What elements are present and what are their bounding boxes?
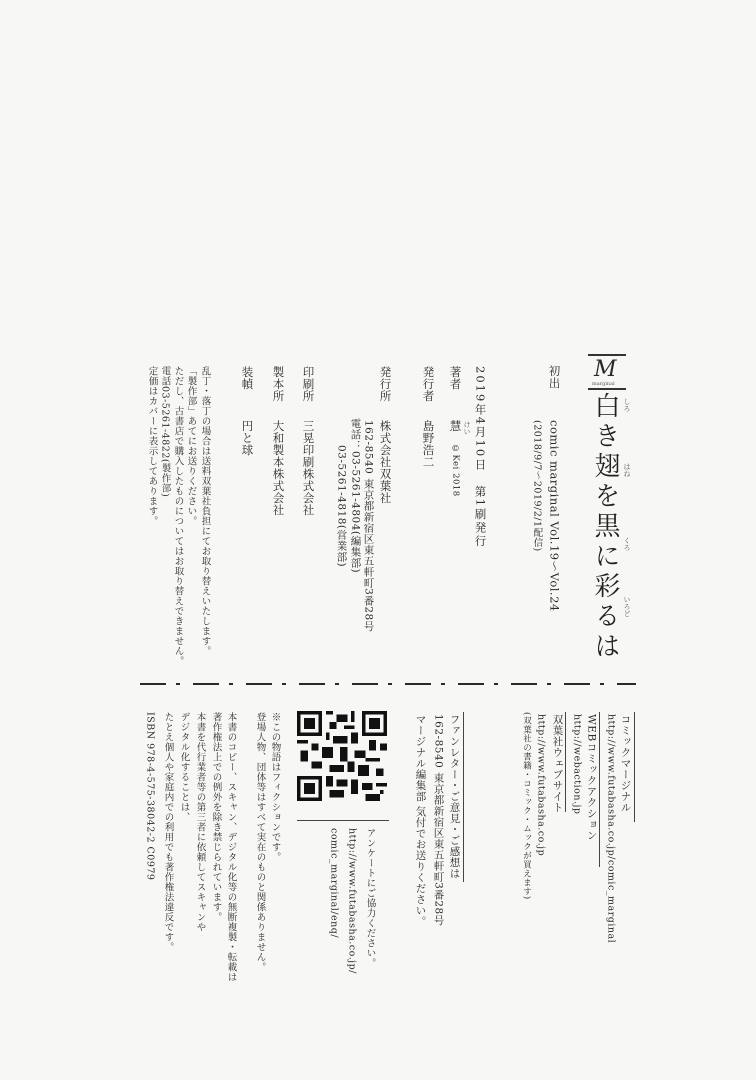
title-ruby-4: いろど — [622, 596, 632, 617]
design-label: 装幀 — [241, 366, 253, 390]
notice-5: 定価はカバーに表示してあります。 — [147, 366, 157, 526]
publisher-name: 株式会社双葉社 — [379, 420, 391, 504]
link-rule-2 — [599, 712, 600, 867]
binder-name: 大和製本株式会社 — [272, 420, 284, 516]
author-copyright: ©Kei 2018 — [451, 444, 460, 497]
link-rule-3 — [565, 712, 566, 812]
publisher-phone-edit: 電話：03-5261-4804(編集部) — [350, 418, 361, 573]
title-ruby-2: はね — [622, 463, 632, 477]
first-published-dates: (2018/9/7～2019/2/1配信) — [532, 420, 542, 552]
author-name: 慧 — [449, 420, 461, 432]
survey-url-1[interactable]: http://www.futabasha.co.jp/ — [347, 828, 357, 974]
binder-label: 製本所 — [272, 366, 284, 402]
copyright-notice-5: たとえ個人や家庭内での利用でも著作権法違反です。 — [163, 712, 173, 952]
first-published-label: 初出 — [548, 365, 560, 389]
comic-marginal-url[interactable]: http://www.futabasha.co.jp/comic_margina… — [606, 714, 616, 943]
notice-3: ただし、古書店で購入したものについてはお取り替えできません。 — [173, 366, 183, 666]
fiction-notice-1: ※この物語はフィクションです。 — [270, 712, 280, 862]
notice-4: 電話03-5261-4822(製作部) — [160, 366, 170, 497]
link-rule-1 — [634, 712, 635, 822]
publisher-label: 発行所 — [379, 366, 391, 402]
web-comic-action-label: WEBコミックアクション — [586, 714, 597, 841]
printer-name: 三晃印刷株式会社 — [302, 420, 314, 516]
dashed-divider — [140, 683, 636, 685]
qr-rule — [297, 820, 389, 821]
copyright-notice-1: 本書のコピー、スキャン、デジタル化等の無断複製・転載は — [226, 712, 236, 982]
author-ruby: けい — [462, 421, 472, 435]
copyright-notice-3: 本書を代行業者等の第三者に依頼してスキャンや — [195, 712, 205, 932]
logo-label: marginal — [592, 381, 615, 387]
notice-1: 乱丁・落丁の場合は送料双葉社負担にてお取り替えいたします。 — [200, 366, 210, 656]
fan-letter-heading: ファンレター・ご意見・ご感想は — [449, 714, 460, 879]
issue-date: 2019年4月10日 第1刷発行 — [474, 366, 486, 549]
fan-letter-rule — [463, 712, 464, 882]
copyright-notice-4: デジタル化することは、 — [179, 712, 189, 822]
design-name: 円と球 — [241, 420, 253, 456]
survey-qr-code[interactable] — [297, 711, 387, 801]
survey-url-2[interactable]: comic_marginal/enq/ — [329, 828, 339, 938]
comic-marginal-label: コミックマージナル — [620, 714, 631, 813]
notice-2: 「製作部」あてにお送りください。 — [186, 366, 196, 526]
book-title: 白き翅を黒に彩るは — [592, 392, 618, 662]
web-comic-action-url[interactable]: http://webaction.jp — [572, 714, 582, 815]
title-ruby-1: しろ — [622, 398, 632, 412]
fiction-notice-2: 登場人物、団体等はすべて実在のものと関係ありません。 — [255, 712, 265, 972]
publisher-person-name: 島野浩二 — [422, 420, 434, 468]
publisher-address: 162-8540 東京都新宿区東五軒町3番28号 — [363, 420, 374, 632]
title-ruby-3: くろ — [622, 537, 632, 551]
author-label: 著者 — [449, 366, 461, 390]
copyright-notice-2: 著作権法上での例外を除き禁じられています。 — [211, 712, 221, 922]
printer-label: 印刷所 — [302, 366, 314, 402]
futabasha-site-url[interactable]: http://www.futabasha.co.jp — [536, 714, 546, 856]
publisher-phone-sales: 03-5261-4818(営業部) — [336, 445, 347, 567]
survey-text: アンケートにご協力ください。 — [365, 828, 375, 968]
fan-letter-address: 162-8540 東京都新宿区東五軒町3番28号 — [433, 714, 444, 926]
futabasha-site-label: 双葉社ウェブサイト — [552, 714, 563, 813]
publisher-person-label: 発行者 — [422, 366, 434, 402]
fan-letter-dept: マージナル編集部 気付でお送りください。 — [415, 714, 426, 927]
isbn: ISBN 978-4-575-38042-2 C0979 — [145, 712, 155, 880]
marginal-logo: M marginal — [588, 354, 626, 390]
futabasha-site-note: (双葉社の書籍・コミック・ムックが買えます) — [522, 712, 531, 900]
first-published-source: comic marginal Vol.19～Vol.24 — [548, 420, 560, 612]
logo-glyph: M — [594, 357, 617, 382]
